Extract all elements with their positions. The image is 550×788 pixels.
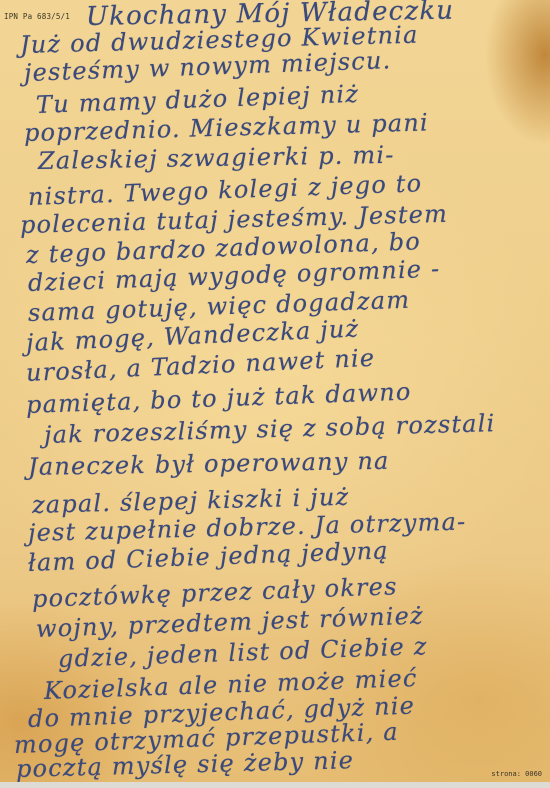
- letter-line: Janeczek był operowany na: [28, 446, 390, 482]
- archive-reference-stamp: IPN Pa 683/5/1: [4, 12, 70, 21]
- scan-bottom-margin: [0, 782, 550, 788]
- page-number-label: strona: 0060: [491, 770, 542, 778]
- scanned-letter-page: IPN Pa 683/5/1 Ukochany Mój Władeczku Ju…: [0, 0, 550, 782]
